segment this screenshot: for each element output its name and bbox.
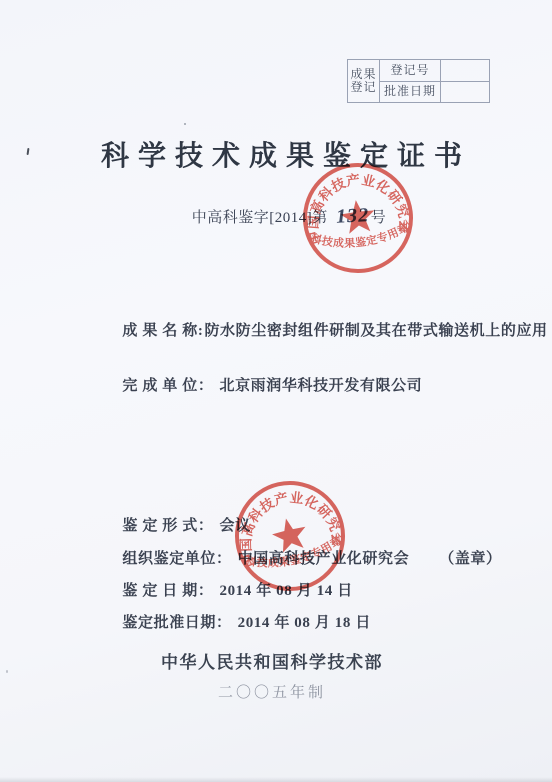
- field-result-name: 成 果 名 称:防水防尘密封组件研制及其在带式输送机上的应用: [105, 302, 548, 357]
- edition-note: 二〇〇五年制: [0, 681, 552, 702]
- doc-number-prefix: 中高科鉴字[2014]第: [192, 210, 328, 226]
- registration-number-label: 登记号: [380, 60, 441, 82]
- doc-number-handwritten: 132: [334, 204, 370, 229]
- group-label-line2: 登记: [348, 81, 379, 94]
- certificate-page: 成果 登记 登记号 批准日期 科 学 技 术 成 果 鉴 定 证 书 中高科鉴字…: [0, 0, 552, 782]
- certificate-title: 科 学 技 术 成 果 鉴 定 证 书: [0, 134, 552, 174]
- result-name-value: 防水防尘密封组件研制及其在带式输送机上的应用: [204, 323, 547, 339]
- registration-group-cell: 成果 登记: [348, 60, 380, 103]
- table-row: 成果 登记 登记号: [348, 60, 490, 82]
- ink-speck: [184, 123, 186, 125]
- approval-date-label: 批准日期: [380, 81, 441, 103]
- registration-table: 成果 登记 登记号 批准日期: [347, 59, 490, 103]
- completing-unit-label: 完 成 单 位：: [122, 378, 213, 394]
- approval-date-value: 2014 年 08 月 18 日: [238, 615, 371, 631]
- result-name-label: 成 果 名 称:: [122, 323, 203, 339]
- document-number: 中高科鉴字[2014]第132号: [0, 205, 552, 228]
- issuing-ministry: 中华人民共和国科学技术部: [0, 648, 552, 673]
- approval-date-value: [441, 81, 490, 103]
- seal-here-note: （盖章）: [439, 551, 501, 567]
- ink-speck: [6, 670, 8, 673]
- approval-date-label: 鉴定批准日期：: [122, 615, 231, 631]
- registration-number-value: [441, 60, 490, 82]
- field-completing-unit: 完 成 单 位：北京雨润华科技开发有限公司: [105, 357, 422, 412]
- field-approval-date: 鉴定批准日期：2014 年 08 月 18 日: [105, 594, 371, 649]
- doc-number-suffix: 号: [371, 210, 387, 226]
- completing-unit-value: 北京雨润华科技开发有限公司: [219, 378, 422, 394]
